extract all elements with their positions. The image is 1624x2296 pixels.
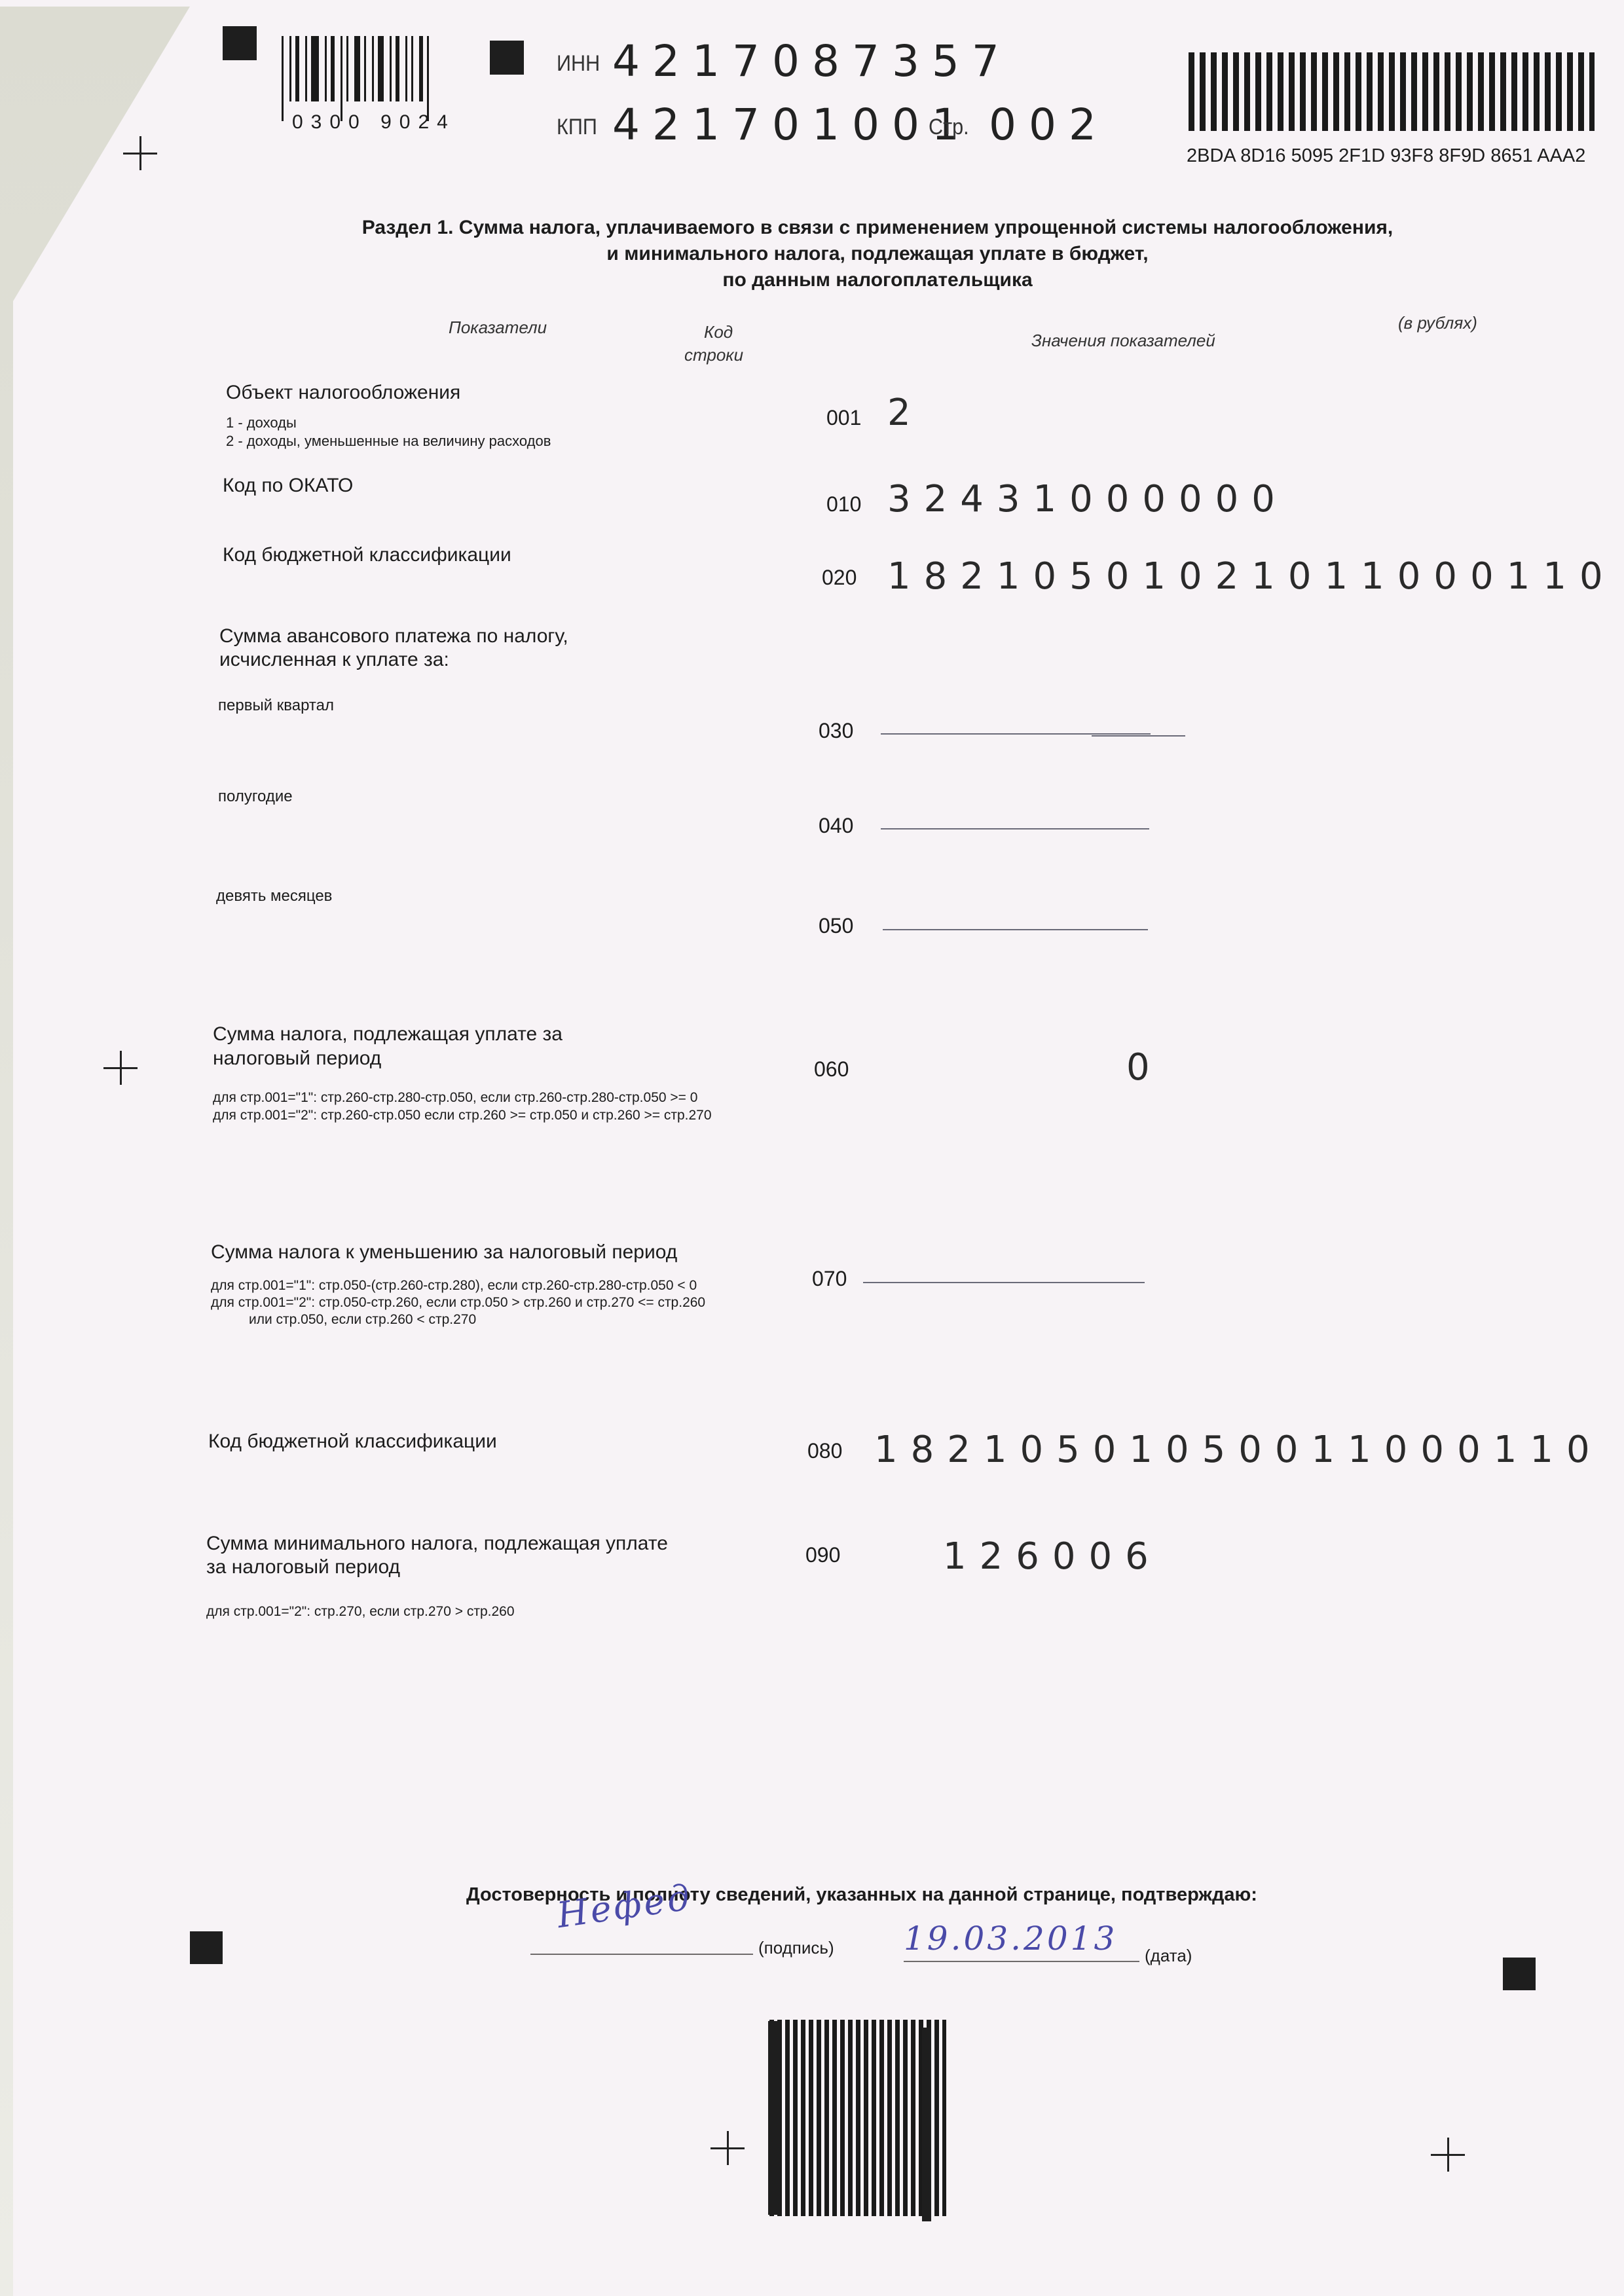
row-070-code: 070 (812, 1267, 847, 1291)
row-001-option-2: 2 - доходы, уменьшенные на величину расх… (226, 432, 551, 450)
registration-marker-bottom-left (190, 1931, 223, 1964)
row-010-label: Код по ОКАТО (223, 473, 353, 499)
row-070-hint-2: для стр.001="2": стр.050-стр.260, если с… (211, 1294, 705, 1312)
row-030-code: 030 (819, 719, 853, 743)
row-090-hint: для стр.001="2": стр.270, если стр.270 >… (206, 1603, 515, 1621)
barcode-bar (396, 36, 399, 101)
row-060-label-2: налоговый период (213, 1046, 381, 1072)
barcode-bar (372, 36, 374, 101)
row-001-code: 001 (826, 406, 861, 430)
form-barcode-number: 0300 9024 (292, 111, 456, 134)
date-value[interactable]: 19.03.2013 (904, 1920, 1117, 1958)
row-060-value[interactable]: 0 (1126, 1046, 1163, 1089)
row-090-label-2: за налоговый период (206, 1554, 400, 1580)
barcode-bar (295, 36, 299, 101)
row-001-label: Объект налогообложения (226, 380, 460, 406)
row-080-value[interactable]: 18210501050011000110 (874, 1429, 1603, 1471)
form-barcode (282, 36, 435, 121)
barcode-bar (354, 36, 360, 101)
barcode-bottom-stop-bar (922, 2028, 931, 2221)
row-050-code: 050 (819, 914, 853, 938)
row-030-label: первый квартал (218, 697, 334, 715)
barcode-bar (346, 36, 348, 101)
row-050-empty-value[interactable] (883, 929, 1148, 930)
row-060-code: 060 (814, 1057, 849, 1082)
registration-marker-top-left (223, 26, 257, 60)
pdf417-barcode-top (1189, 52, 1595, 131)
barcode-code: 2BDA 8D16 5095 2F1D 93F8 8F9D 8651 AAA2 (1187, 145, 1585, 167)
row-050-label: девять месяцев (216, 887, 332, 905)
barcode-bar (411, 36, 413, 101)
crosshair-mark-bottom-right (1431, 2138, 1465, 2172)
advance-group-label-2: исчисленная к уплате за: (219, 647, 449, 673)
barcode-bar (282, 36, 284, 121)
registration-marker-top-mid (490, 41, 524, 75)
row-080-label: Код бюджетной классификации (208, 1429, 497, 1455)
unit-label: (в рублях) (1398, 313, 1477, 333)
row-001-value[interactable]: 2 (887, 392, 924, 434)
signature-line (530, 1954, 753, 1955)
barcode-bar (378, 36, 384, 101)
barcode-bar (427, 36, 429, 121)
barcode-bar (364, 36, 366, 101)
row-060-hint-2: для стр.001="2": стр.260-стр.050 если ст… (213, 1106, 712, 1125)
section-title-line2: и минимального налога, подлежащая уплате… (236, 241, 1519, 267)
kpp-label: КПП (557, 115, 597, 140)
row-001-option-1: 1 - доходы (226, 414, 297, 432)
row-020-label: Код бюджетной классификации (223, 542, 511, 568)
date-caption: (дата) (1145, 1946, 1192, 1966)
row-090-code: 090 (805, 1543, 840, 1567)
column-header-values: Значения показателей (1031, 331, 1215, 351)
inn-label: ИНН (557, 51, 600, 77)
section-title-line3: по данным налогоплательщика (236, 267, 1519, 293)
row-070-hint-1: для стр.001="1": стр.050-(стр.260-стр.28… (211, 1277, 697, 1295)
row-070-hint-3: или стр.050, если стр.260 < стр.270 (249, 1311, 476, 1329)
row-020-code: 020 (822, 566, 857, 590)
crosshair-mark-left (103, 1051, 138, 1085)
page-number: 002 (989, 100, 1109, 150)
section-title-line1: Раздел 1. Сумма налога, уплачиваемого в … (236, 215, 1519, 241)
crosshair-mark-bottom-mid (710, 2131, 745, 2165)
row-040-label: полугодие (218, 788, 293, 806)
barcode-bar (331, 36, 335, 101)
barcode-bar (419, 36, 423, 101)
barcode-bar (311, 36, 319, 101)
row-040-empty-value[interactable] (881, 828, 1149, 829)
signature-caption: (подпись) (758, 1938, 834, 1958)
column-header-indicators: Показатели (449, 318, 547, 338)
row-070-empty-value[interactable] (863, 1282, 1145, 1283)
barcode-bar (405, 36, 407, 101)
row-030-empty-value[interactable] (1092, 735, 1185, 737)
row-010-code: 010 (826, 492, 861, 517)
barcode-bottom-start-bar (768, 2021, 780, 2215)
inn-value: 4217087357 (612, 36, 1012, 86)
column-header-code-2: строки (684, 345, 743, 365)
row-030-empty-value-line (881, 733, 1151, 735)
row-080-code: 080 (807, 1439, 842, 1463)
row-010-value[interactable]: 32431000000 (887, 478, 1288, 520)
row-090-label-1: Сумма минимального налога, подлежащая уп… (206, 1531, 668, 1557)
row-090-value[interactable]: 126006 (943, 1535, 1162, 1578)
row-060-label-1: Сумма налога, подлежащая уплате за (213, 1021, 563, 1048)
barcode-bar (341, 36, 342, 121)
page-label: Стр. (929, 115, 969, 140)
barcode-bar (289, 36, 291, 101)
pdf417-barcode-bottom (769, 2020, 946, 2216)
row-040-code: 040 (819, 814, 853, 838)
date-line (904, 1961, 1139, 1962)
registration-marker-bottom-right (1503, 1958, 1536, 1990)
barcode-bar (305, 36, 307, 101)
crosshair-mark-top-left (123, 136, 157, 170)
kpp-value: 421701001 (612, 100, 972, 150)
column-header-code: Код (704, 322, 733, 342)
row-070-label: Сумма налога к уменьшению за налоговый п… (211, 1239, 677, 1266)
barcode-bar (325, 36, 327, 101)
row-060-hint-1: для стр.001="1": стр.260-стр.280-стр.050… (213, 1089, 697, 1107)
row-020-value[interactable]: 18210501021011000110 (887, 555, 1616, 598)
barcode-bar (390, 36, 392, 101)
advance-group-label-1: Сумма авансового платежа по налогу, (219, 623, 568, 649)
